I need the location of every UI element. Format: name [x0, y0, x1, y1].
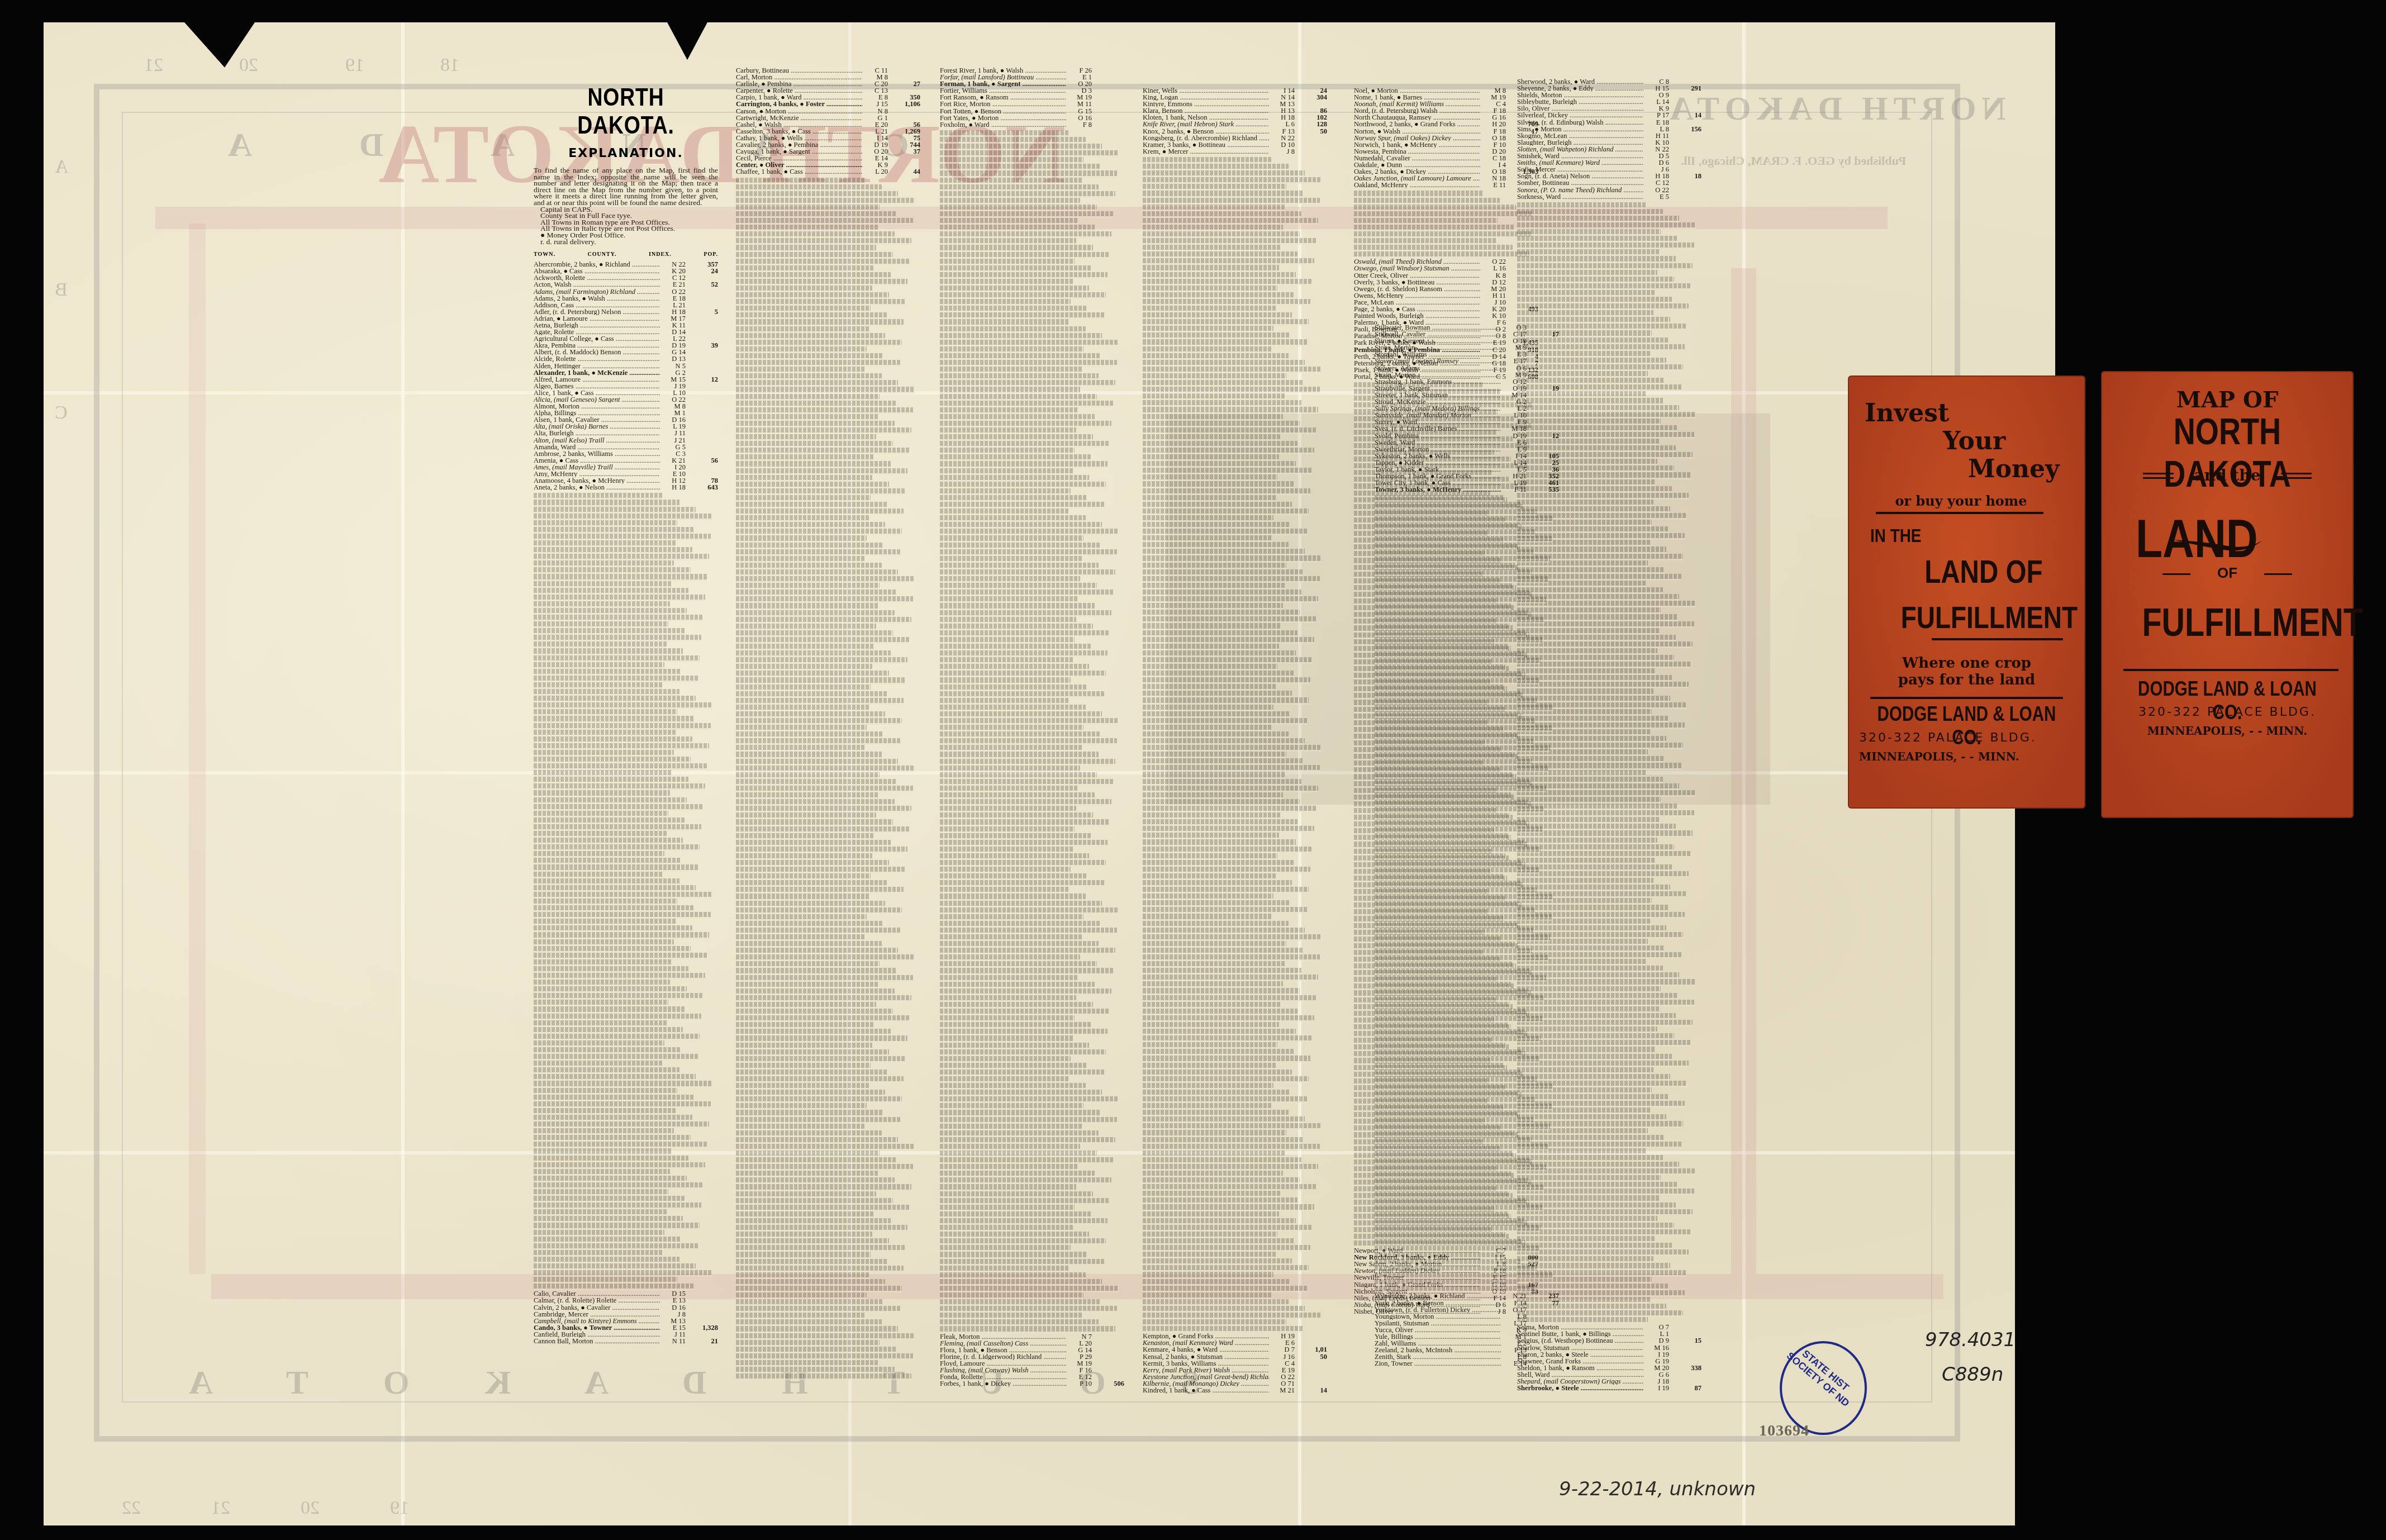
index-text-line — [1143, 569, 1303, 576]
entry-index: O 18 — [1480, 135, 1506, 141]
index-text-line — [1143, 1157, 1301, 1164]
index-entry: Skogmo, McLeanH 11 — [1517, 132, 1701, 139]
index-text-line — [736, 603, 878, 610]
index-text-line — [736, 441, 893, 448]
entry-town: Carson, ● Morton — [736, 108, 862, 115]
index-entry: Floyd, LamoureM 19 — [940, 1360, 1124, 1367]
index-entry: Foxholm, ● WardF 8 — [940, 121, 1124, 128]
entry-index: E 5 — [1643, 193, 1669, 200]
entry-town: Stone, Morton — [1375, 344, 1501, 351]
index-text-line — [1143, 880, 1292, 887]
index-text-line — [1143, 900, 1290, 907]
index-text-line — [940, 259, 1075, 265]
index-text-line — [1375, 569, 1532, 576]
entry-population — [1527, 419, 1559, 425]
index-entry: Alton, (mail Kelso) TraillJ 21 — [534, 437, 718, 444]
index-text-line — [736, 218, 913, 225]
index-text-line — [940, 995, 1076, 1002]
entry-town: Cayuga, 1 bank, ● Sargent — [736, 148, 862, 155]
index-text-line — [1143, 177, 1322, 184]
index-text-line — [940, 617, 1076, 624]
index-text-line — [940, 1117, 1117, 1124]
index-text-line — [940, 1191, 1093, 1198]
index-entry: Norton, ● WalshF 1817 — [1354, 128, 1538, 135]
entry-index: F 18 — [1480, 128, 1506, 135]
index-text-line — [940, 488, 1071, 495]
entry-index: O 16 — [1066, 115, 1092, 121]
entry-town: Zeeland, 2 banks, McIntosh — [1375, 1347, 1501, 1353]
index-entry: Ambrose, 2 banks, WilliamsC 3 — [534, 450, 718, 457]
entry-town: Sonora, (P. O. name Theed) Richland — [1517, 187, 1643, 193]
index-text-line — [940, 1211, 1091, 1218]
flourish-icon — [2174, 539, 2263, 550]
index-text-line — [1375, 529, 1535, 536]
index-text-line — [940, 495, 1087, 502]
entry-town: Campbell, (mail to Kintyre) Emmons — [534, 1318, 660, 1324]
index-text-line — [736, 387, 915, 393]
index-text-line — [1143, 711, 1290, 718]
index-text-line — [1375, 820, 1526, 826]
index-text-line — [534, 1115, 692, 1121]
index-text-line — [736, 677, 906, 684]
index-text-line — [1375, 603, 1511, 610]
index-text-line — [736, 252, 893, 259]
index-text-line — [1143, 1130, 1286, 1137]
index-text-line — [1143, 664, 1277, 671]
entry-town: Kerry, (mail Park River) Walsh — [1143, 1367, 1269, 1373]
entry-town: Stirum, ● Sargent — [1375, 338, 1501, 344]
index-text-line — [940, 961, 1097, 968]
entry-town: Youngstown, Morton — [1375, 1313, 1501, 1320]
index-text-line — [534, 730, 676, 736]
index-text-line — [1375, 644, 1508, 650]
index-text-line — [940, 752, 1099, 758]
entry-town: Kindred, 1 bank, ● Cass — [1143, 1387, 1269, 1394]
index-text-line — [534, 716, 694, 723]
entry-index: J 21 — [660, 437, 686, 444]
index-text-line — [940, 421, 1111, 427]
entry-town: Almont, Morton — [534, 403, 660, 410]
index-entry: Taylor, 1 bank, ● StarkL 536 — [1375, 466, 1559, 473]
index-entry: Streeter, 1 bank, StutsmanM 14 — [1375, 392, 1559, 398]
cover-buy-home: or buy your home — [1870, 493, 2052, 509]
index-text-line — [1143, 1029, 1296, 1035]
index-entry: Albert, (r. d. Maddock) BensonG 14 — [534, 349, 718, 355]
index-text-line — [1143, 1096, 1307, 1103]
index-entry: Aneta, 2 banks, ● NelsonH 18643 — [534, 484, 718, 491]
index-text-line — [1143, 1204, 1314, 1211]
index-text-line — [736, 576, 915, 583]
entry-town: Silvista, (r. d. Edinburg) Walsh — [1517, 119, 1643, 126]
index-text-line — [1375, 1164, 1546, 1171]
entry-population — [1527, 1360, 1559, 1367]
index-text-line — [1143, 921, 1289, 928]
grid-letter: A — [55, 156, 69, 178]
index-text-line — [534, 872, 663, 878]
index-text-line — [940, 1313, 1082, 1319]
entry-index: D 9 — [1643, 1337, 1669, 1344]
entry-population: 1,328 — [686, 1324, 718, 1331]
entry-town: Kenaston, (mail Kenmare) Ward — [1143, 1339, 1269, 1346]
index-text-line — [1375, 597, 1546, 603]
entry-index: E 14 — [1501, 1360, 1527, 1367]
entry-population — [1092, 67, 1124, 74]
index-text-line — [736, 292, 889, 299]
index-entry: Fort Yates, ● MortonO 16 — [940, 115, 1124, 121]
entry-population — [1092, 101, 1124, 107]
index-text-line — [940, 812, 1093, 819]
entry-population — [1092, 1360, 1124, 1367]
index-text-line — [534, 1284, 694, 1290]
index-text-line — [736, 1009, 893, 1015]
index-text-line — [940, 543, 1100, 549]
index-text-line — [736, 326, 869, 333]
index-text-line — [736, 806, 911, 812]
index-entry: Carlisle, ● PembinaC 2027 — [736, 80, 920, 87]
index-entry: Alfred, LamoureM 1512 — [534, 376, 718, 383]
entry-population: 15 — [1669, 1337, 1701, 1344]
index-entry: Calmar, (r. d. Rolette) RoletteE 13 — [534, 1297, 718, 1304]
entry-town: Noel, ● Morton — [1354, 87, 1480, 94]
entry-list: Fleak, MortonN 7Fleming, (mail Casselton… — [940, 1333, 1124, 1387]
index-text-line — [534, 1182, 704, 1189]
entry-population: 44 — [888, 168, 920, 175]
index-text-line — [534, 777, 688, 783]
entry-town: North Chautauqua, Ramsey — [1354, 114, 1480, 121]
entry-population — [1092, 94, 1124, 101]
entry-town: Owego, (r. d. Sheldon) Ransom — [1354, 286, 1480, 292]
index-text-line — [1143, 292, 1294, 299]
entry-town: Anamoose, 4 banks, ● McHenry — [534, 477, 660, 484]
index-text-line — [940, 1292, 1083, 1299]
index-entry: Kenmare, 4 banks, ● WardD 71,01 — [1143, 1346, 1327, 1353]
index-text-line — [736, 590, 896, 596]
index-text-line — [1375, 752, 1515, 759]
entry-town: Stillwater, Bowman — [1375, 324, 1501, 331]
index-text-line — [534, 676, 698, 682]
index-text-line — [534, 534, 711, 540]
index-text-line — [1143, 1076, 1309, 1083]
index-text-line — [1354, 205, 1516, 211]
index-entry: Norway Spur, (mail Oakes) DickeyO 18 — [1354, 135, 1538, 141]
index-text-line — [736, 333, 885, 340]
index-text-line — [940, 407, 1078, 414]
index-text-line — [736, 1002, 876, 1009]
entry-town: Krem, ● Mercer — [1143, 148, 1269, 155]
entry-population — [1527, 1313, 1559, 1320]
entry-town: Cartwright, McKenzie — [736, 115, 862, 121]
index-text-line — [1517, 310, 1653, 317]
entry-index: G 19 — [1643, 1358, 1669, 1365]
column-headers: TOWN. COUNTY. INDEX. POP. — [534, 251, 718, 258]
index-entry: Shepard, (mail Cooperstown) GriggsJ 18 — [1517, 1378, 1701, 1385]
index-text-line — [1375, 786, 1546, 792]
index-text-line — [736, 1272, 869, 1279]
index-text-line — [1143, 1245, 1310, 1252]
index-text-line — [534, 757, 691, 763]
index-text-line — [736, 1117, 900, 1124]
index-text-line — [940, 1070, 1104, 1076]
index-text-line — [1143, 1070, 1292, 1076]
index-text-line — [940, 610, 1111, 617]
entry-town: Kensal, 2 banks, ● Stutsman — [1143, 1353, 1269, 1360]
index-text-line — [940, 198, 1080, 205]
index-text-line — [736, 711, 885, 718]
index-text-line — [736, 1266, 904, 1272]
entry-town: Nowesta, Pembina — [1354, 148, 1480, 155]
index-entry: Norwich, 1 bank, ● McHenryF 10 — [1354, 141, 1538, 148]
index-text-line — [736, 948, 898, 954]
index-text-line — [1143, 637, 1314, 644]
entry-town: Cathay, 1 bank, ● Wells — [736, 135, 862, 141]
index-entry: Sykeston, 2 banks, ● WellsI 14105 — [1375, 453, 1559, 459]
index-text-line — [940, 657, 1073, 664]
entry-population — [1092, 108, 1124, 115]
index-text-line — [1143, 1218, 1296, 1225]
index-text-line — [1143, 468, 1313, 474]
index-text-line — [534, 919, 676, 925]
index-text-line — [1143, 454, 1279, 461]
entry-town: Tower City, 1 bank, ● Cass — [1375, 479, 1501, 486]
entry-town: Amenia, ● Cass — [534, 457, 660, 464]
index-entry: Oakdale, ● DunnI 4 — [1354, 161, 1538, 168]
entry-population — [686, 315, 718, 322]
index-entry: Stowers, AdamsO 6 — [1375, 365, 1559, 372]
entry-town: Canfield, Burleigh — [534, 1331, 660, 1338]
index-text-line — [1143, 211, 1301, 218]
index-entry: Smiths, (mail Kenmare) WardD 6 — [1517, 159, 1701, 166]
entry-population: 14 — [1669, 112, 1701, 118]
index-text-line — [940, 1171, 1095, 1177]
entry-population: 21 — [686, 1338, 718, 1344]
entry-index: E 18 — [660, 295, 686, 302]
index-entry: Page, 2 banks, ● CassK 20493 — [1354, 306, 1538, 312]
entry-index: O 22 — [1643, 187, 1669, 193]
grid-letter: B — [55, 279, 68, 301]
index-entry: Owens, McHenryH 11 — [1354, 292, 1538, 299]
index-text-line — [736, 1205, 909, 1211]
index-text-line — [534, 669, 681, 676]
index-text-line — [1375, 610, 1528, 617]
index-entry: Chaffee, 1 bank, ● CassL 2044 — [736, 168, 920, 175]
index-text-line — [1143, 488, 1310, 495]
index-text-block — [1354, 191, 1538, 258]
index-text-line — [940, 556, 1082, 563]
entry-population — [1669, 1324, 1701, 1330]
index-entry: Slaughter, BurleighK 10 — [1517, 139, 1701, 146]
index-text-line — [534, 514, 712, 520]
index-entry: Knife River, (mail Hebron) StarkL 6128 — [1143, 121, 1327, 127]
index-text-line — [1143, 590, 1301, 596]
index-entry: Canfield, BurleighJ 11 — [534, 1331, 718, 1338]
index-text-line — [736, 914, 867, 921]
entry-population — [1527, 344, 1559, 351]
index-text-line — [1517, 283, 1690, 290]
entry-town: Norway Spur, (mail Oakes) Dickey — [1354, 135, 1480, 141]
index-text-line — [736, 286, 872, 292]
entry-town: Slaughter, Burleigh — [1517, 139, 1643, 146]
index-text-line — [940, 482, 1106, 488]
entry-population: 1,106 — [888, 101, 920, 107]
index-text-line — [1143, 448, 1314, 454]
index-text-line — [1143, 157, 1272, 164]
index-text-line — [1517, 303, 1689, 310]
index-text-line — [940, 954, 1080, 961]
index-text-line — [940, 583, 1097, 590]
state-boundary-band — [189, 224, 206, 1274]
index-text-line — [1143, 1197, 1297, 1204]
entry-town: Strasburg, 1 bank, Emmons — [1375, 378, 1501, 385]
index-text-line — [1143, 887, 1309, 893]
entry-town: Fort Rice, Morton — [940, 101, 1066, 107]
index-text-line — [1143, 657, 1313, 664]
entry-population — [686, 437, 718, 444]
index-text-line — [736, 853, 872, 860]
index-text-line — [1375, 1076, 1537, 1083]
index-text-line — [736, 563, 882, 569]
index-text-line — [940, 515, 1086, 522]
index-text-line — [1375, 1043, 1505, 1049]
index-text-line — [1375, 1279, 1518, 1286]
index-text-line — [534, 824, 701, 831]
index-text-line — [940, 231, 1111, 238]
index-entry: Flora, 1 bank, ● BensonG 14 — [940, 1347, 1124, 1353]
index-text-line — [736, 265, 874, 272]
index-entry: Sogn, (r. d. Aneta) NelsonH 1818 — [1517, 173, 1701, 179]
entry-town: Fort Ransom, ● Ransom — [940, 94, 1066, 101]
index-text-line — [1375, 685, 1504, 691]
index-text-line — [736, 792, 878, 799]
entry-list: Forest River, 1 bank, ● WalshF 26Forfar,… — [940, 67, 1124, 128]
index-entry: Addison, CassL 21 — [534, 302, 718, 308]
index-text-line — [736, 1245, 906, 1252]
index-text-line — [736, 833, 874, 840]
index-text-line — [940, 941, 1099, 948]
index-text-line — [940, 387, 1080, 393]
entry-index: G 15 — [1066, 108, 1092, 115]
index-text-line — [736, 1373, 911, 1380]
entry-population — [686, 1290, 718, 1297]
index-text-line — [1143, 191, 1303, 197]
entry-town: Agate, Rolette — [534, 329, 660, 335]
index-text-line — [736, 738, 900, 745]
index-text-line — [736, 1184, 911, 1191]
index-text-line — [1143, 684, 1276, 691]
index-text-line — [940, 677, 1071, 684]
index-text-line — [940, 137, 1086, 144]
index-text-line — [1375, 678, 1539, 685]
index-entry: Adrian, ● LamoureM 17 — [534, 315, 718, 322]
index-text-line — [1143, 1116, 1305, 1123]
cover-money: Money — [1968, 455, 2085, 483]
index-text-line — [534, 953, 707, 959]
index-text-line — [534, 1250, 663, 1257]
index-text-line — [1354, 198, 1500, 205]
entry-town: Oakes Junction, (mail Lamoure) Lamoure — [1354, 175, 1480, 182]
index-text-line — [736, 1110, 883, 1116]
entry-population — [686, 416, 718, 423]
entry-town: Adler, (r. d. Petersburg) Nelson — [534, 308, 660, 315]
index-text-line — [736, 1015, 909, 1022]
index-text-line — [940, 272, 1108, 279]
index-text-line — [940, 576, 1080, 583]
index-text-line — [940, 1151, 1097, 1157]
index-text-line — [534, 1257, 679, 1263]
index-text-line — [736, 779, 896, 786]
entry-population — [686, 1311, 718, 1318]
index-entry: Cayuga, 1 bank, ● SargentO 2037 — [736, 148, 920, 155]
folder-cover-invest: Invest Your Money or buy your home IN TH… — [1848, 376, 2085, 809]
index-text-line — [534, 1135, 691, 1142]
entry-town: Ames, (mail Mayville) Traill — [534, 464, 660, 470]
index-text-line — [534, 858, 681, 864]
entry-town: Stowers, Adams — [1375, 365, 1501, 372]
index-text-line — [940, 1063, 1087, 1070]
index-text-line — [940, 333, 1102, 340]
index-text-line — [940, 1144, 1080, 1151]
index-text-line — [736, 968, 896, 975]
entry-list: Sherwood, 2 banks, ● WardC 8Sheyenne, 2 … — [1517, 78, 1701, 200]
entry-town: Fort Yates, ● Morton — [940, 115, 1066, 121]
index-text-line — [1375, 556, 1550, 563]
index-text-line — [1375, 1036, 1541, 1043]
index-entry: Shields, MortonO 9 — [1517, 92, 1701, 98]
index-text-line — [736, 752, 882, 758]
index-text-line — [1143, 306, 1276, 312]
index-text-line — [940, 360, 1117, 367]
index-text-line — [1143, 893, 1273, 900]
index-text-line — [1375, 739, 1533, 745]
entry-index: K 8 — [1480, 272, 1506, 279]
cover-in-the-text: IN THE — [1870, 525, 1921, 547]
index-text-line — [534, 966, 688, 973]
entry-town: Algeo, Barnes — [534, 383, 660, 389]
index-text-line — [1143, 812, 1281, 819]
grid-number: 18 — [440, 55, 459, 76]
index-text-line — [736, 901, 885, 907]
index-text-line — [534, 838, 683, 844]
index-entry: Klara, BensonH 1386 — [1143, 107, 1327, 114]
entry-town: Forfar, (mail Lansford) Bottineau — [940, 74, 1066, 80]
entry-population: 24 — [686, 268, 718, 274]
entry-town: Knox, 2 banks, ● Benson — [1143, 128, 1269, 135]
entry-population: 304 — [1295, 94, 1327, 101]
entry-population — [1092, 1340, 1124, 1347]
index-entry: Overly, 3 banks, ● BottineauD 12 — [1354, 279, 1538, 286]
index-text-line — [534, 783, 705, 790]
index-text-line — [1375, 745, 1550, 752]
index-text-line — [940, 630, 1110, 637]
index-text-line — [534, 885, 696, 892]
index-entry: Amanda, WardG 5 — [534, 444, 718, 450]
entry-list: Kempton, ● Grand ForksH 19Kenaston, (mai… — [1143, 1333, 1327, 1394]
index-text-line — [1143, 441, 1297, 448]
index-text-line — [1375, 630, 1526, 637]
entry-town: Oswald, (mail Theed) Richland — [1354, 258, 1480, 265]
entry-list: Kiner, WellsI 1424King, LoganN 14304Kint… — [1143, 87, 1327, 155]
entry-population — [1669, 1358, 1701, 1365]
entry-town: Kenmare, 4 banks, ● Ward — [1143, 1346, 1269, 1353]
index-entry: Alice, 1 bank, ● CassL 10 — [534, 389, 718, 396]
index-text-line — [1375, 536, 1552, 543]
index-text-line — [534, 662, 664, 669]
index-text-line — [1375, 995, 1544, 1002]
index-text-line — [534, 864, 698, 871]
index-text-line — [1517, 202, 1646, 209]
index-entry: Sonora, (P. O. name Theed) RichlandO 22 — [1517, 187, 1701, 193]
index-text-line — [1354, 245, 1513, 251]
index-text-line — [1143, 1022, 1279, 1029]
